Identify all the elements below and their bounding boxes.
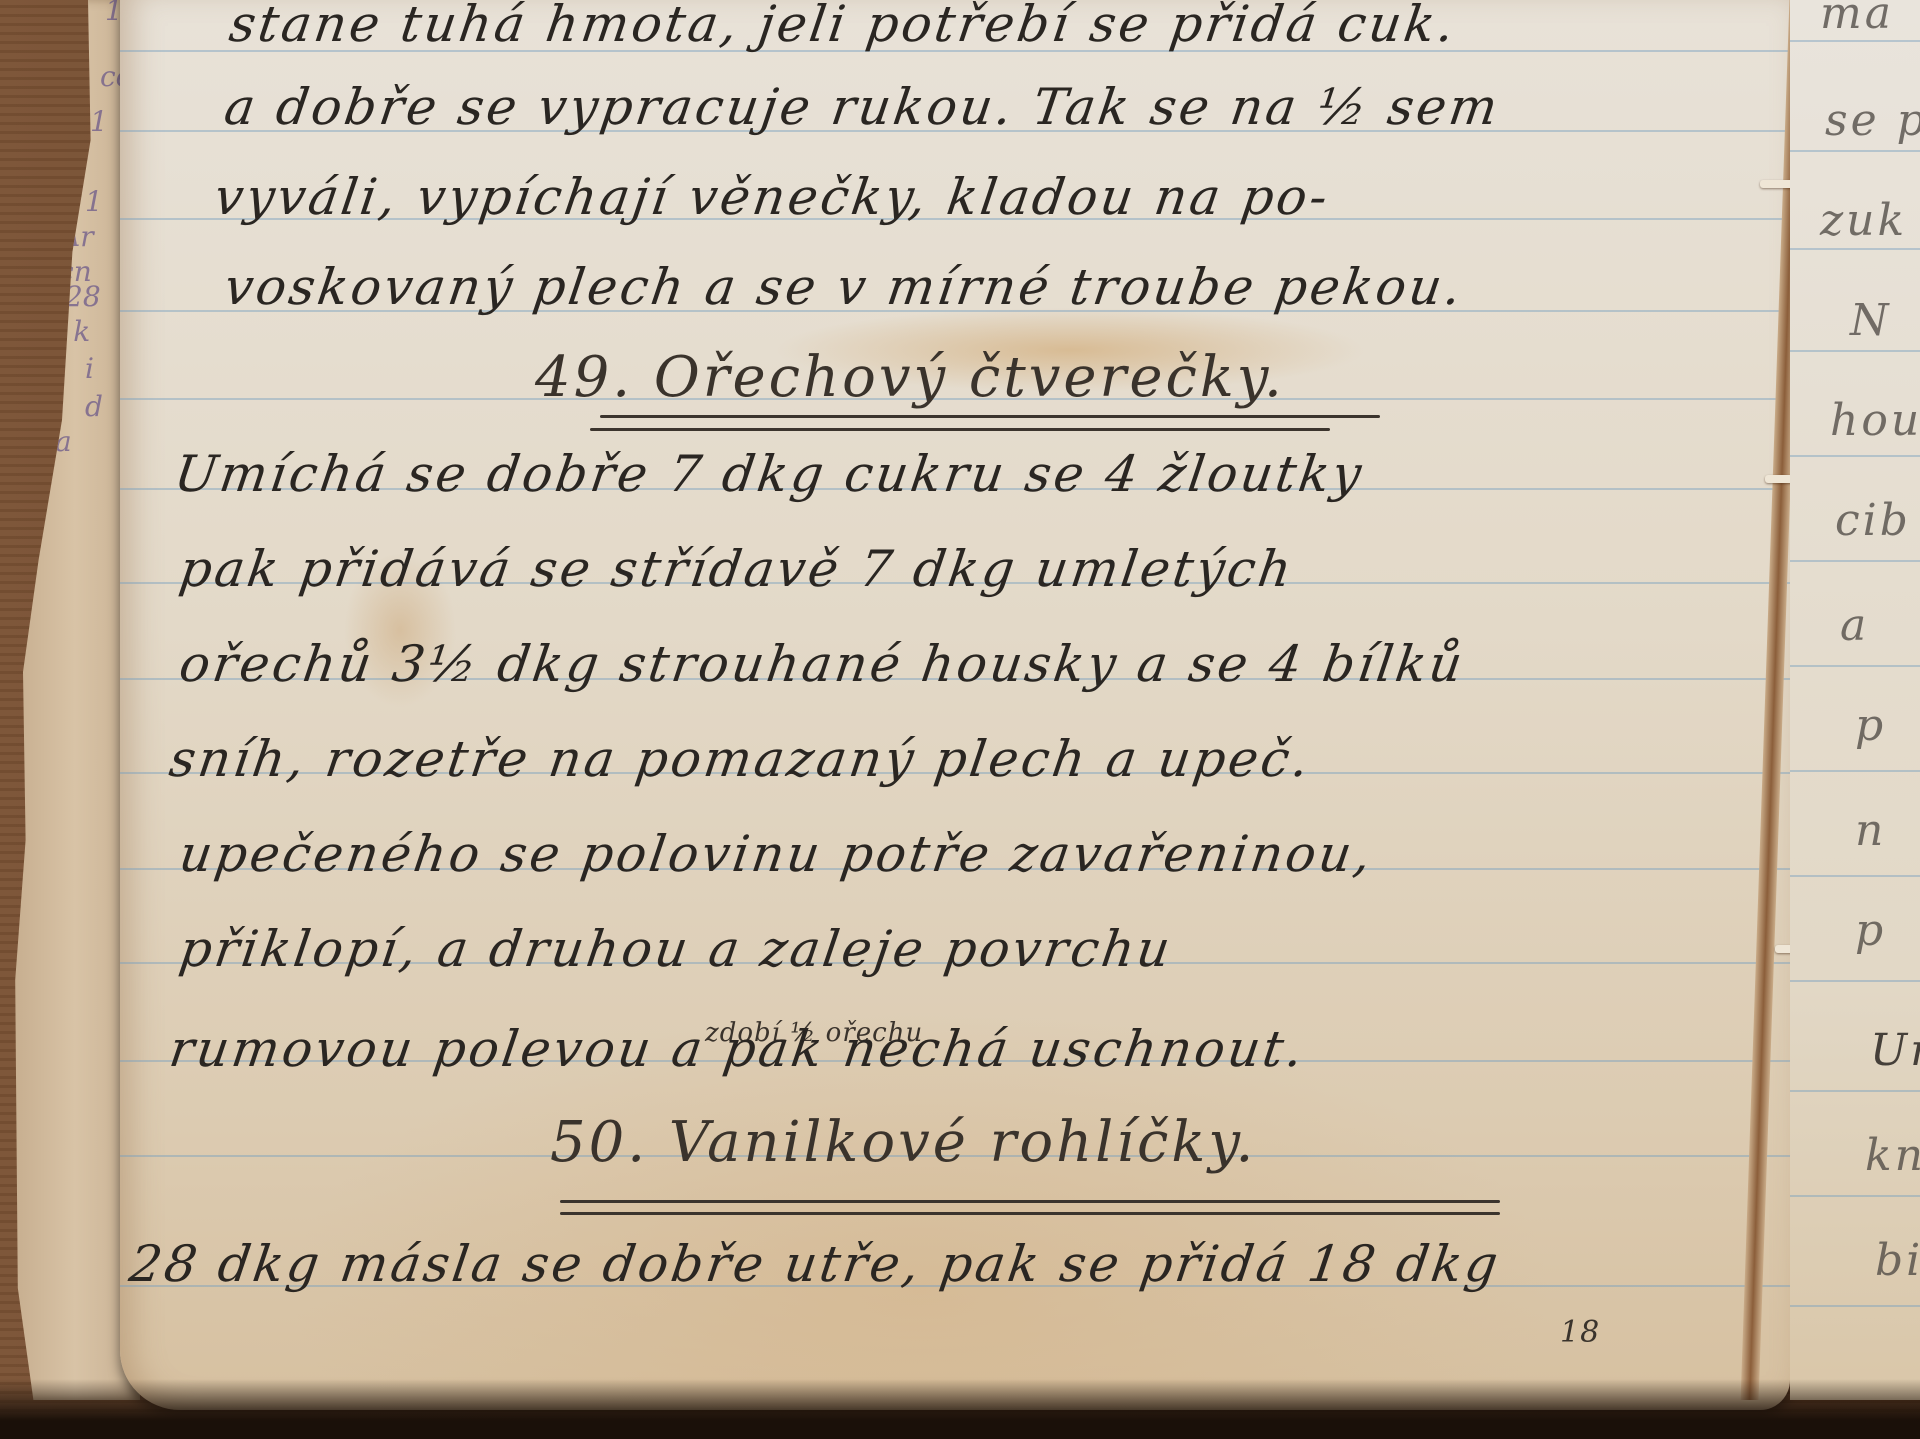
- title-underline: [600, 415, 1380, 418]
- correction-note: 18: [1560, 1315, 1600, 1350]
- ruled-line: [1790, 1305, 1920, 1307]
- recipe-49-line: přiklopí, a druhou a zaleje povrchu: [176, 920, 1177, 978]
- recipe-49-title: 49. Ořechový čtverečky.: [535, 345, 1285, 410]
- ruled-line: [1790, 1195, 1920, 1197]
- back-page-fragment: 1: [90, 105, 108, 138]
- recipe-49-line: ořechů 3½ dkg strouhané housky a se 4 bí…: [176, 635, 1469, 693]
- back-page-fragment: i: [85, 352, 94, 385]
- right-page-fragment: N: [1850, 295, 1892, 346]
- ruled-line: [1790, 1090, 1920, 1092]
- title-underline: [560, 1212, 1500, 1215]
- handwritten-line: a dobře se vypracuje rukou. Tak se na ½ …: [221, 78, 1504, 136]
- recipe-49-line: rumovou polevou a pak nechá uschnout.: [166, 1020, 1309, 1078]
- notebook-left-page: stane tuhá hmota, jeli potřebí se přidá …: [120, 0, 1790, 1410]
- recipe-49-line: upečeného se polovinu potře zavařeninou,: [176, 825, 1377, 883]
- right-page-fragment: ma: [1820, 0, 1894, 39]
- ruled-line: [1790, 875, 1920, 877]
- right-page-fragment: a: [1840, 600, 1869, 651]
- recipe-49-line: sníh, rozetře na pomazaný plech a upeč.: [166, 730, 1315, 788]
- recipe-50-title: 50. Vanilkové rohlíčky.: [550, 1110, 1256, 1175]
- ruled-line: [1790, 980, 1920, 982]
- handwritten-line: vyváli, vypíchají věnečky, kladou na po-: [211, 168, 1334, 226]
- right-page-fragment: p: [1855, 905, 1886, 956]
- ruled-line: [1790, 350, 1920, 352]
- recipe-49-line: pak přidává se střídavě 7 dkg umletých: [176, 540, 1298, 598]
- right-page-fragment: kn: [1865, 1130, 1920, 1181]
- handwritten-line: voskovaný plech a se v mírné troube peko…: [221, 258, 1468, 316]
- recipe-49-line: Umíchá se dobře 7 dkg cukru se 4 žloutky: [171, 445, 1368, 503]
- bottom-shadow: [0, 1379, 1920, 1439]
- right-page-fragment: bi: [1875, 1235, 1920, 1286]
- right-page-fragment: n: [1855, 805, 1886, 856]
- handwritten-line: stane tuhá hmota, jeli potřebí se přidá …: [226, 0, 1461, 53]
- ruled-line: [1790, 248, 1920, 250]
- ruled-line: [1790, 770, 1920, 772]
- recipe-50-line: 28 dkg másla se dobře utře, pak se přidá…: [126, 1235, 1504, 1293]
- notebook-right-page: ma se p zuk N hou cib a p n p Un kn bi: [1790, 0, 1920, 1400]
- binding-thread: [1760, 180, 1794, 188]
- back-page-fragment: 1: [85, 185, 103, 218]
- ruled-line: [1790, 40, 1920, 42]
- ruled-line: [1790, 665, 1920, 667]
- ruled-line: [1790, 150, 1920, 152]
- back-page-fragment: d: [85, 390, 103, 423]
- right-page-fragment: se p: [1825, 95, 1920, 146]
- right-page-fragment: zuk: [1820, 195, 1907, 246]
- title-underline: [560, 1200, 1500, 1203]
- right-page-fragment: hou: [1830, 395, 1920, 446]
- ruled-line: [1790, 455, 1920, 457]
- right-page-fragment: Un: [1870, 1025, 1920, 1076]
- right-page-fragment: p: [1855, 700, 1886, 751]
- title-underline: [590, 428, 1330, 431]
- ruled-line: [1790, 560, 1920, 562]
- right-page-fragment: cib: [1835, 495, 1911, 546]
